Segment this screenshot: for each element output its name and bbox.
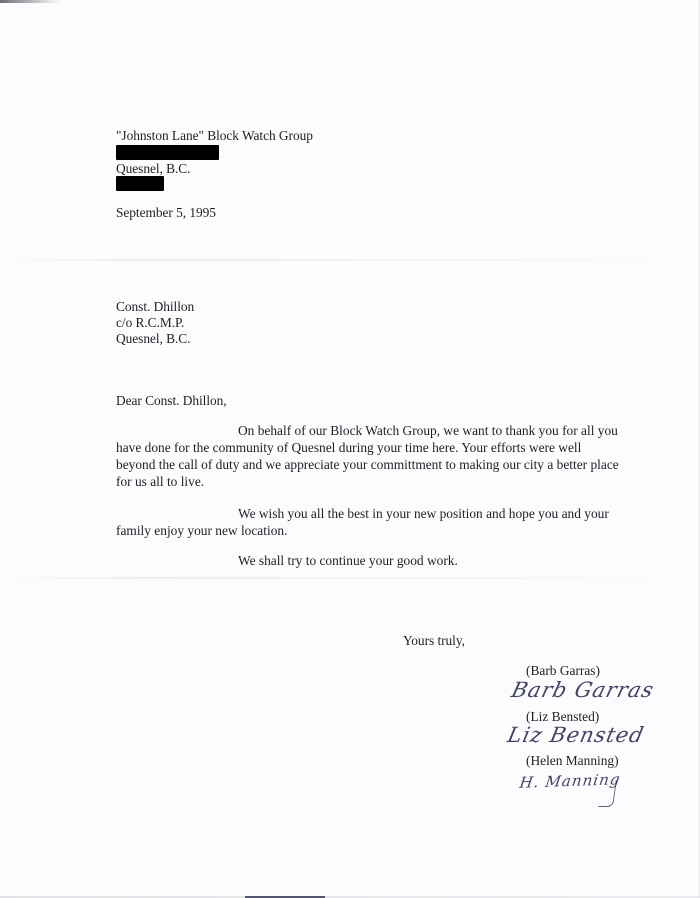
- fold-line: [0, 259, 700, 261]
- body-line: On behalf of our Block Watch Group, we w…: [116, 422, 626, 439]
- body-line: have done for the community of Quesnel d…: [116, 439, 626, 456]
- signatory-printed-name: (Barb Garras): [526, 662, 600, 679]
- body-line: We shall try to continue your good work.: [116, 552, 626, 569]
- body-line: for us all to live.: [116, 473, 626, 490]
- body-paragraph-3: We shall try to continue your good work.: [116, 552, 626, 569]
- handwritten-signature: Liz Bensted: [505, 723, 646, 747]
- handwritten-signature: Barb Garras: [509, 678, 657, 702]
- letter-page: "Johnston Lane" Block Watch Group Quesne…: [0, 0, 700, 898]
- body-paragraph-2: We wish you all the best in your new pos…: [116, 505, 626, 539]
- redacted-postal-code: [116, 176, 164, 191]
- body-paragraph-1: On behalf of our Block Watch Group, we w…: [116, 422, 626, 490]
- redacted-address: [116, 145, 219, 160]
- closing: Yours truly,: [403, 632, 465, 649]
- sender-city: Quesnel, B.C.: [116, 160, 190, 177]
- scan-edge-shadow: [0, 0, 60, 3]
- recipient-care-of: c/o R.C.M.P.: [116, 314, 184, 331]
- sender-group-name: "Johnston Lane" Block Watch Group: [116, 127, 313, 144]
- salutation: Dear Const. Dhillon,: [116, 392, 227, 409]
- body-line: family enjoy your new location.: [116, 522, 626, 539]
- signatory-printed-name: (Helen Manning): [526, 752, 619, 769]
- letter-date: September 5, 1995: [116, 204, 216, 221]
- recipient-name: Const. Dhillon: [116, 298, 194, 315]
- body-line: We wish you all the best in your new pos…: [116, 505, 626, 522]
- body-line: beyond the call of duty and we appreciat…: [116, 456, 626, 473]
- fold-line: [0, 577, 700, 579]
- signature-flourish: [598, 780, 617, 807]
- recipient-city: Quesnel, B.C.: [116, 330, 190, 347]
